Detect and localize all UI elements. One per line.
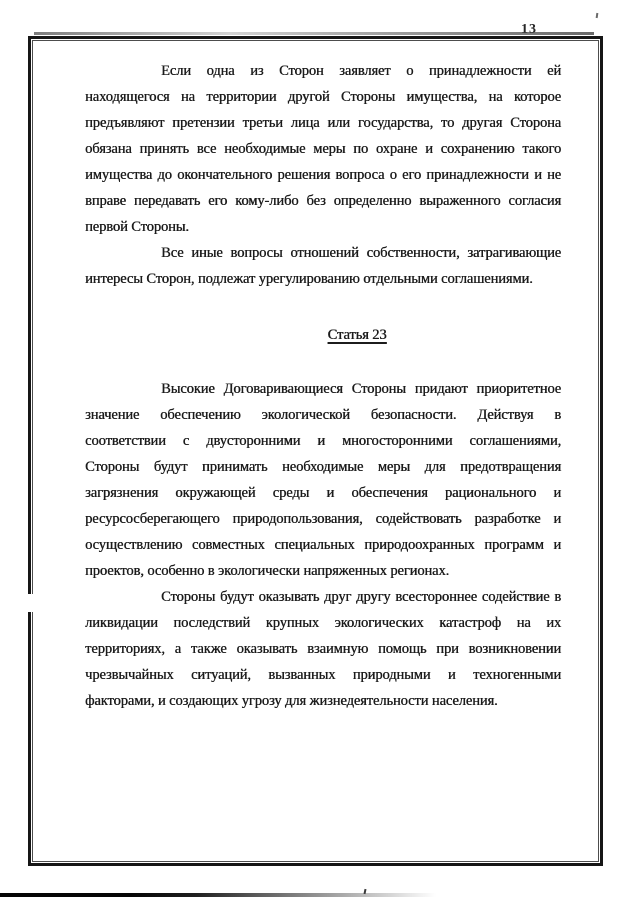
scan-smudge-line	[34, 32, 594, 35]
text-line: интересы Сторон, подлежат урегулированию…	[85, 266, 561, 292]
paragraph-other-property-issues: Все иные вопросы отношений собственности…	[85, 240, 561, 292]
text-line: чрезвычайных ситуаций, вызванных природн…	[85, 662, 561, 688]
page-border-frame: Если одна из Сторон заявляет о принадлеж…	[28, 36, 603, 866]
paragraph-ecological-safety: Высокие Договаривающиеся Стороны придают…	[85, 376, 561, 584]
text-line: значение обеспечению экологической безоп…	[85, 402, 561, 428]
text-line: обязана принять все необходимые меры по …	[85, 136, 561, 162]
text-line: загрязнения окружающей среды и обеспечен…	[85, 480, 561, 506]
text-line: территориях, а также оказывать взаимную …	[85, 636, 561, 662]
scan-border-gap	[27, 594, 34, 612]
text-line: предъявляют претензии третьи лица или го…	[85, 110, 561, 136]
text-line: Если одна из Сторон заявляет о принадлеж…	[85, 58, 561, 84]
text-line: Все иные вопросы отношений собственности…	[85, 240, 561, 266]
text-line: имущества до окончательного решения вопр…	[85, 162, 561, 188]
text-line: Стороны будут оказывать друг другу всест…	[85, 584, 561, 610]
text-line: первой Стороны.	[85, 214, 561, 240]
text-line: проектов, особенно в экологически напряж…	[85, 558, 561, 584]
text-line: соответствии с двусторонними и многостор…	[85, 428, 561, 454]
text-line: ликвидации последствий крупных экологиче…	[85, 610, 561, 636]
document-text: Если одна из Сторон заявляет о принадлеж…	[85, 58, 561, 714]
scan-bottom-line	[0, 893, 436, 897]
scan-speck	[596, 13, 599, 18]
paragraph-property-claims: Если одна из Сторон заявляет о принадлеж…	[85, 58, 561, 240]
paragraph-mutual-assistance: Стороны будут оказывать друг другу всест…	[85, 584, 561, 714]
text-line: ресурсосберегающего природопользования, …	[85, 506, 561, 532]
text-line: вправе передавать его кому-либо без опре…	[85, 188, 561, 214]
text-line: осуществлению совместных специальных при…	[85, 532, 561, 558]
text-line: Стороны будут принимать необходимые меры…	[85, 454, 561, 480]
text-line: находящегося на территории другой Сторон…	[85, 84, 561, 110]
article-heading-text: Статья 23	[328, 322, 387, 348]
text-line: факторами, и создающих угрозу для жизнед…	[85, 688, 561, 714]
text-line: Высокие Договаривающиеся Стороны придают…	[85, 376, 561, 402]
article-heading: Статья 23	[85, 322, 561, 348]
